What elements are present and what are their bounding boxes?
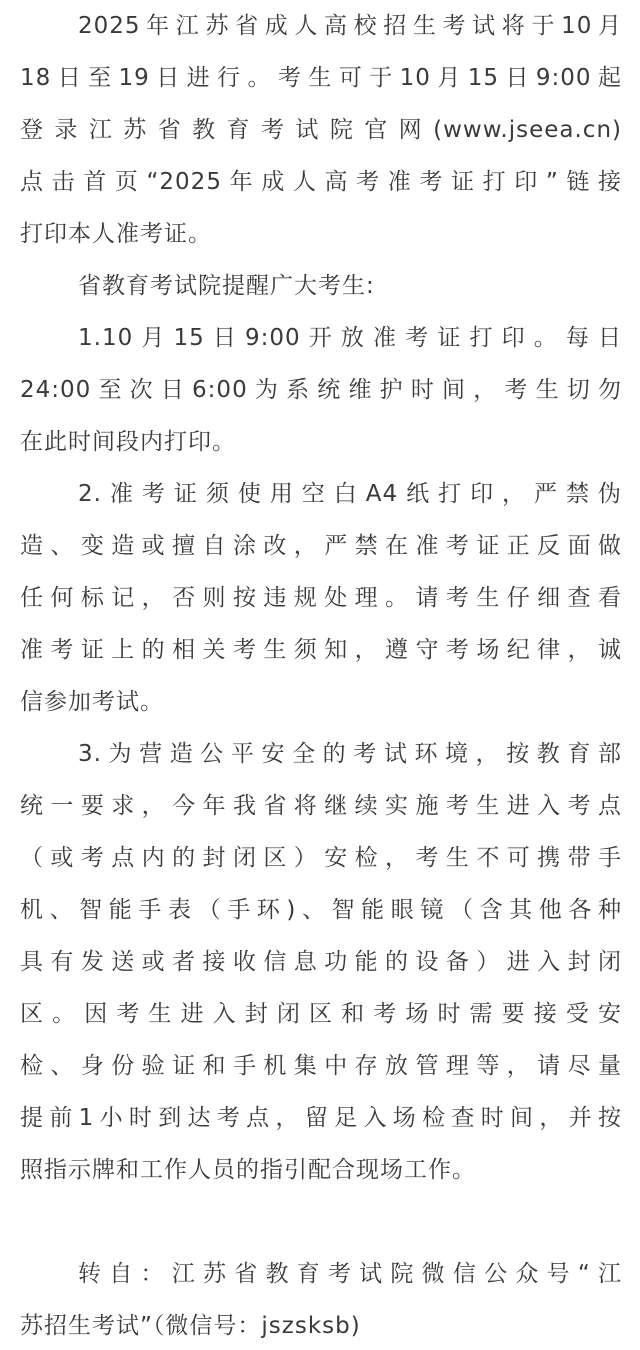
spacer (20, 1196, 622, 1248)
article-body: 2025年江苏省成人高校招生考试将于10月 18日至19日进行。考生可于10月1… (20, 0, 622, 1350)
text-line: 2025年江苏省成人高校招生考试将于10月 (20, 0, 622, 52)
text-line: 省教育考试院提醒广大考生: (20, 260, 622, 312)
text-line: 统一要求，今年我省将继续实施考生进入考点 (20, 780, 622, 832)
text-line: 18日至19日进行。考生可于10月15日9:00起 (20, 52, 622, 104)
paragraph-item-3: 3.为营造公平安全的考试环境，按教育部 统一要求，今年我省将继续实施考生进入考点… (20, 728, 622, 1196)
text-line: 在此时间段内打印。 (20, 416, 622, 468)
text-line: 打印本人准考证。 (20, 208, 622, 260)
text-line: 点击首页“2025年成人高考准考证打印”链接 (20, 156, 622, 208)
text-line: 造、变造或擅自涂改，严禁在准考证正反面做 (20, 520, 622, 572)
text-line: 1.10月15日9:00开放准考证打印。每日 (20, 312, 622, 364)
text-line: （或考点内的封闭区）安检，考生不可携带手 (20, 832, 622, 884)
paragraph-intro: 2025年江苏省成人高校招生考试将于10月 18日至19日进行。考生可于10月1… (20, 0, 622, 260)
text-line: 准考证上的相关考生须知，遵守考场纪律，诚 (20, 624, 622, 676)
text-line: 信参加考试。 (20, 676, 622, 728)
text-line: 提前1小时到达考点，留足入场检查时间，并按 (20, 1092, 622, 1144)
text-line: 检、身份验证和手机集中存放管理等，请尽量 (20, 1040, 622, 1092)
text-line: 机、智能手表（手环)、智能眼镜（含其他各种 (20, 884, 622, 936)
text-line: 3.为营造公平安全的考试环境，按教育部 (20, 728, 622, 780)
text-line: 2.准考证须使用空白A4纸打印，严禁伪 (20, 468, 622, 520)
text-line: 登录江苏省教育考试院官网(www.jseea.cn) (20, 104, 622, 156)
paragraph-item-2: 2.准考证须使用空白A4纸打印，严禁伪 造、变造或擅自涂改，严禁在准考证正反面做… (20, 468, 622, 728)
text-line: 转自：江苏省教育考试院微信公众号“江 (20, 1248, 622, 1300)
paragraph-source: 转自：江苏省教育考试院微信公众号“江 苏招生考试”（微信号：jszsksb) (20, 1248, 622, 1350)
text-line: 照指示牌和工作人员的指引配合现场工作。 (20, 1144, 622, 1196)
paragraph-item-1: 1.10月15日9:00开放准考证打印。每日 24:00至次日6:00为系统维护… (20, 312, 622, 468)
paragraph-reminder-heading: 省教育考试院提醒广大考生: (20, 260, 622, 312)
text-line: 苏招生考试”（微信号：jszsksb) (20, 1300, 622, 1350)
text-line: 24:00至次日6:00为系统维护时间，考生切勿 (20, 364, 622, 416)
text-line: 具有发送或者接收信息功能的设备）进入封闭 (20, 936, 622, 988)
text-line: 任何标记，否则按违规处理。请考生仔细查看 (20, 572, 622, 624)
text-line: 区。因考生进入封闭区和考场时需要接受安 (20, 988, 622, 1040)
